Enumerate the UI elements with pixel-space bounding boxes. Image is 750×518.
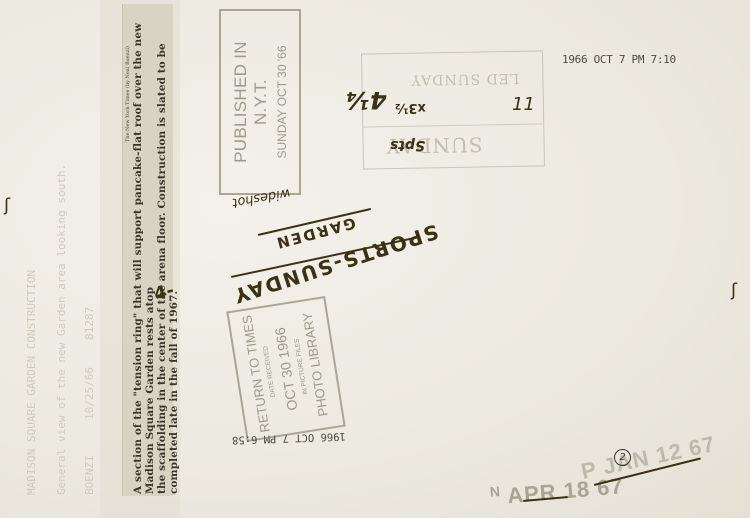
clipping-line-2: the scaffolding in the center of the are… bbox=[156, 6, 180, 494]
circled-number: 2 bbox=[614, 449, 631, 466]
newspaper-clipping: The New York Times (by Neal Boenzi) A se… bbox=[122, 4, 173, 496]
typed-caption-photographer: BOENZI bbox=[83, 455, 96, 495]
clipping-line-1: A section of the "tension ring" that wil… bbox=[132, 6, 156, 494]
typed-caption-title: MADISON SQUARE GARDEN CONSTRUCTION bbox=[25, 270, 38, 495]
sunday-stamp-rule bbox=[363, 123, 543, 127]
handwriting-eleven: 11 bbox=[512, 94, 535, 115]
published-stamp-title: PUBLISHED IN N.Y.T. bbox=[231, 17, 271, 187]
typed-caption-description: General view of the new Garden area look… bbox=[55, 164, 68, 495]
apr-stamp-prefix: N bbox=[489, 483, 501, 500]
crop-mark-left-icon: ʃ bbox=[4, 195, 10, 216]
crop-mark-right-icon: ʃ bbox=[731, 280, 737, 301]
typed-caption: MADISON SQUARE GARDEN CONSTRUCTION Gener… bbox=[15, 75, 105, 515]
handwriting-garden: GARDEN bbox=[273, 214, 358, 253]
handwriting-crop-mark: 4¼ bbox=[345, 86, 387, 114]
return-stamp: RETURN TO TIMES DATE RECEIVED OCT 30 196… bbox=[226, 296, 345, 442]
typed-caption-date: 10/25/66 bbox=[83, 367, 96, 420]
apr-date-stamp: NAPR 18 67 bbox=[489, 472, 625, 511]
handwriting-spts: Spts bbox=[390, 137, 425, 153]
published-stamp: PUBLISHED IN N.Y.T. SUNDAY OCT 30 '66 bbox=[219, 9, 301, 195]
published-stamp-date: SUNDAY OCT 30 '66 bbox=[275, 17, 289, 187]
sunday-stamp-top: LED SUNDAY bbox=[410, 70, 519, 88]
typed-caption-number: 81287 bbox=[83, 307, 96, 340]
time-stamp-bottom: 1966 OCT 7 PM 6:58 bbox=[232, 430, 346, 446]
photo-back-sheet: MADISON SQUARE GARDEN CONSTRUCTION Gener… bbox=[0, 0, 750, 518]
apr-stamp-date: APR 18 67 bbox=[506, 473, 624, 508]
clipping-credit: The New York Times (by Neal Boenzi) bbox=[125, 6, 132, 494]
handwriting-size-note: x3½ bbox=[395, 100, 426, 115]
time-stamp-top: 1966 OCT 7 PM 7:10 bbox=[562, 53, 676, 66]
